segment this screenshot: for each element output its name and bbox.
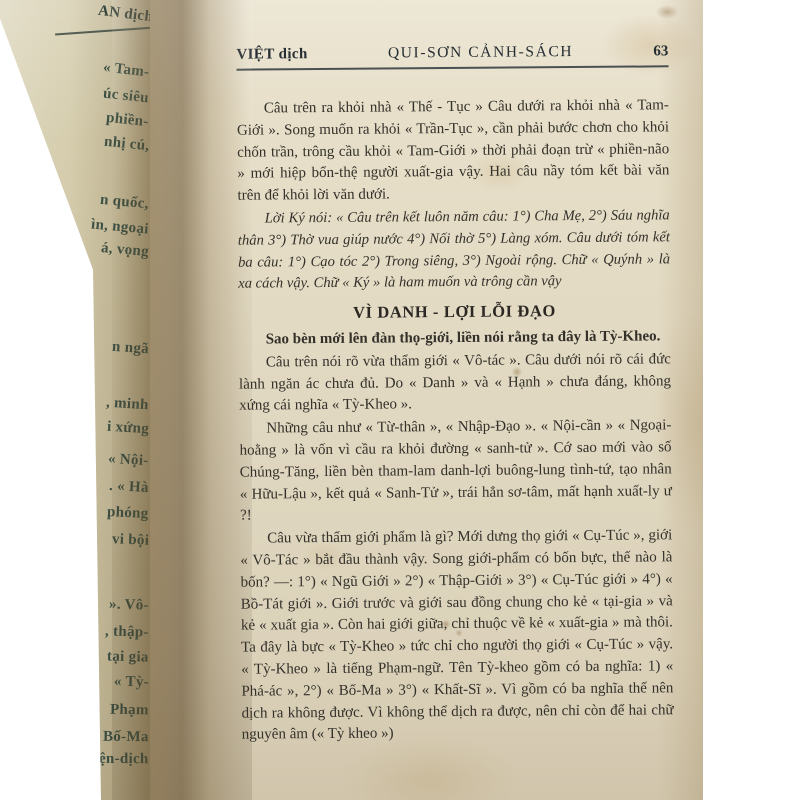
left-page-fragment: phiền- bbox=[106, 110, 150, 131]
page-body: Câu trên ra khỏi nhà « Thế - Tục » Câu d… bbox=[237, 95, 674, 746]
left-page-fragment: tại gia bbox=[107, 648, 149, 666]
book-photo: AN dịch« Tam-úc siêuphiền-nhị cú,n quốc,… bbox=[0, 0, 800, 800]
left-page-fragment: Phạm bbox=[110, 702, 149, 720]
body-paragraph: Câu trên nói rõ vừa thẩm giới « Vô-tác »… bbox=[239, 349, 672, 418]
left-page-fragment: , minh bbox=[106, 395, 150, 415]
left-page-fragment: Bố-Ma bbox=[103, 729, 149, 747]
left-page-fragment: , thập- bbox=[105, 623, 149, 641]
body-paragraph: Lời Ký nói: « Câu trên kết luôn năm câu:… bbox=[238, 205, 671, 296]
left-page-fragment: á, vọng bbox=[100, 240, 149, 261]
left-page-fragment: vi bội bbox=[111, 531, 149, 550]
left-page-fragment: phóng bbox=[107, 504, 149, 523]
right-page-content: VIỆT dịch QUI-SƠN CẢNH-SÁCH 63 Câu trên … bbox=[236, 0, 674, 800]
left-page-fragment: « Tam- bbox=[102, 59, 150, 81]
left-page-fragment: úc siêu bbox=[102, 86, 149, 108]
left-page-fragment: « Tỳ- bbox=[114, 674, 149, 692]
left-page-fragment: n ngã bbox=[112, 339, 150, 359]
left-page-header-rule bbox=[55, 27, 155, 36]
left-page-fragment: . « Hà bbox=[109, 478, 150, 497]
left-page-header-fragment: AN dịch bbox=[97, 3, 154, 26]
body-paragraph: Sao bèn mới lên đàn thọ-giới, liền nói r… bbox=[239, 326, 671, 351]
left-page-fragment: i xứng bbox=[106, 419, 149, 438]
right-page: VIỆT dịch QUI-SƠN CẢNH-SÁCH 63 Câu trên … bbox=[150, 0, 703, 800]
page-number: 63 bbox=[653, 43, 668, 60]
body-paragraph: Câu vừa thẩm giới phẩm là gì? Mới dưng t… bbox=[240, 525, 674, 746]
header-rule bbox=[237, 65, 669, 70]
running-title: QUI-SƠN CẢNH-SÁCH bbox=[388, 43, 573, 62]
edition-label: VIỆT dịch bbox=[236, 46, 307, 64]
left-page-fragment: nhị cú, bbox=[103, 134, 150, 156]
left-page-fragment: « Nội- bbox=[108, 451, 149, 470]
left-page-edge: AN dịch« Tam-úc siêuphiền-nhị cú,n quốc,… bbox=[0, 0, 153, 800]
section-heading: VÌ DANH - LỢI LỖI ĐẠO bbox=[238, 299, 670, 324]
body-paragraph: Những câu như « Từ-thân », « Nhập-Đạo ».… bbox=[239, 415, 672, 527]
left-page-fragment: n quốc, bbox=[100, 192, 150, 213]
left-page-fragment: ìn, ngoại bbox=[91, 216, 150, 238]
page-header: VIỆT dịch QUI-SƠN CẢNH-SÁCH 63 bbox=[236, 0, 668, 64]
body-paragraph: Câu trên ra khỏi nhà « Thế - Tục » Câu d… bbox=[237, 95, 670, 207]
left-page-fragment: ». Vô- bbox=[109, 596, 149, 614]
left-page-fragment: ện-dịch bbox=[99, 751, 149, 768]
